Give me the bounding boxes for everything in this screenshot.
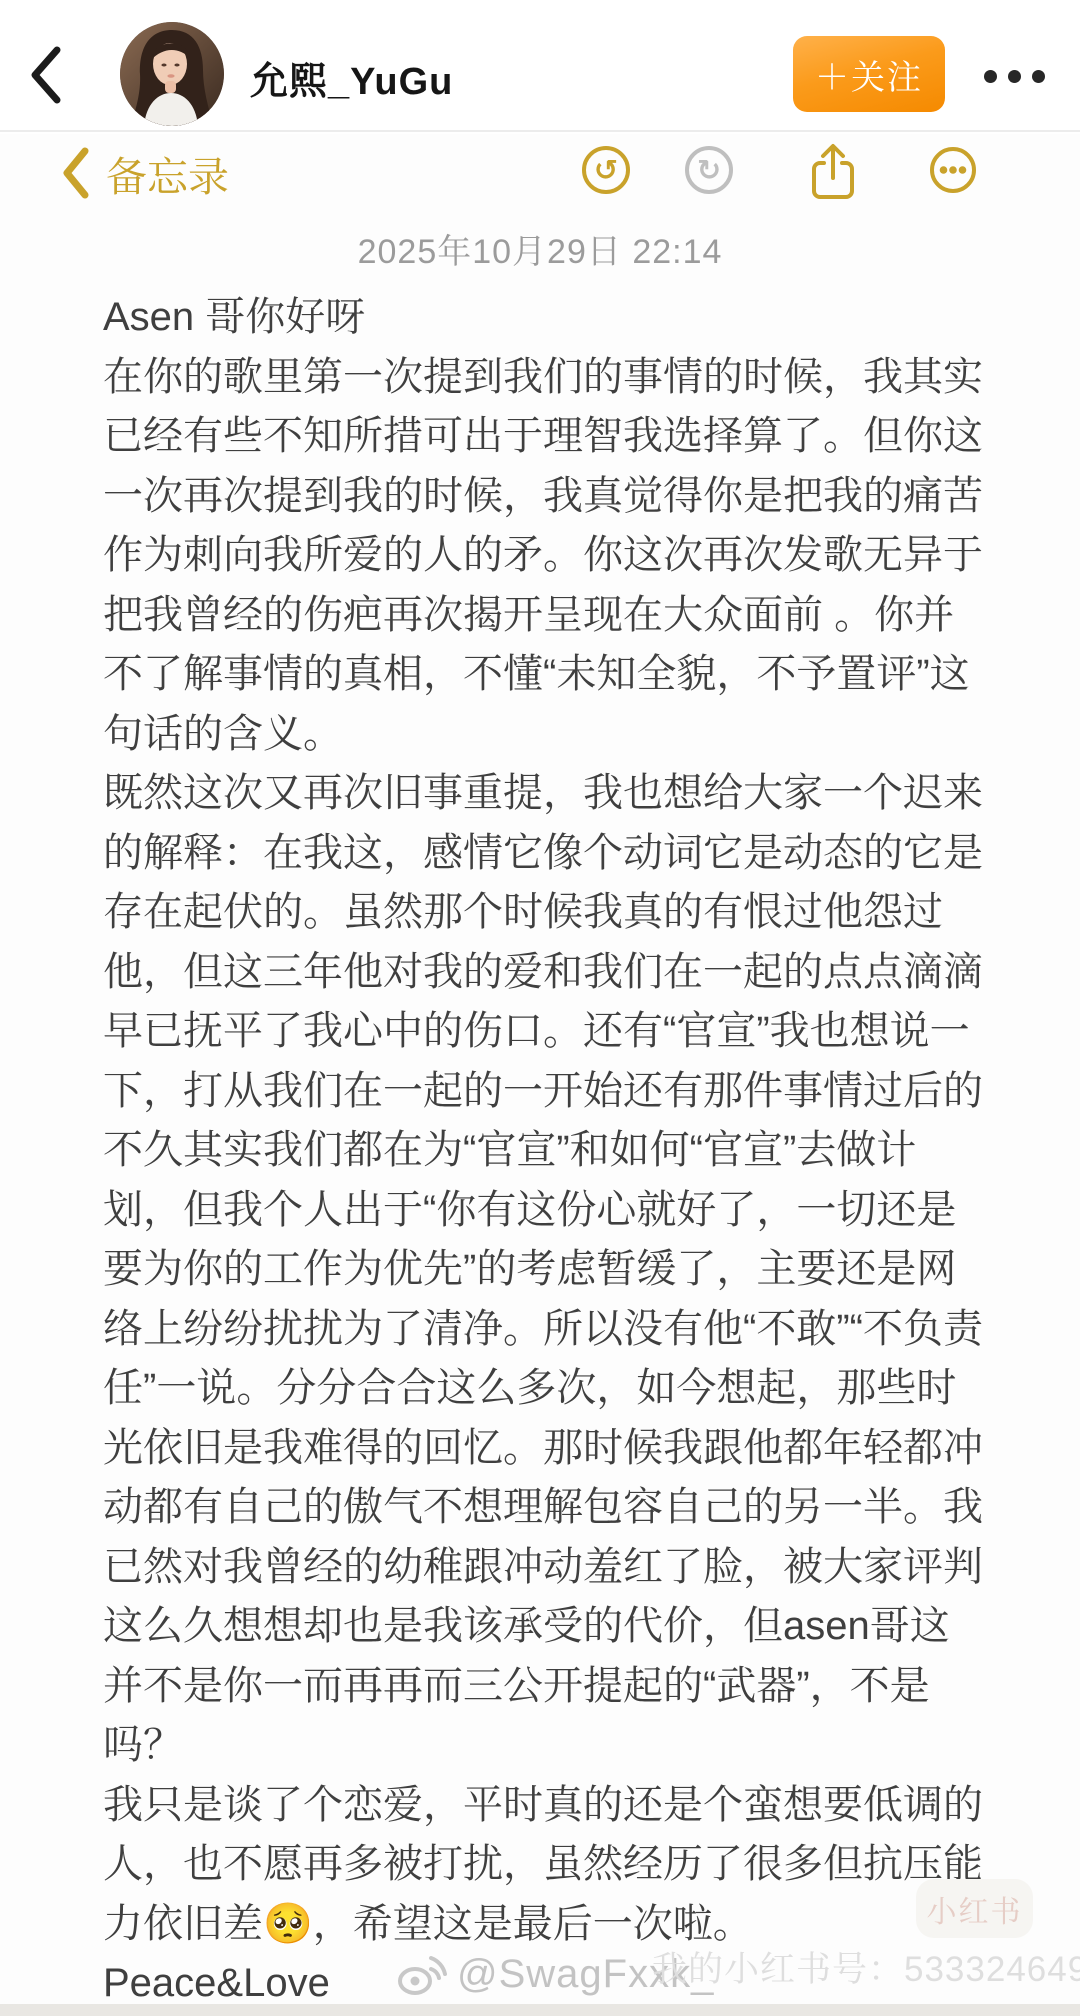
note-date: 2025年10月29日 22:14 [0,224,1080,273]
back-icon[interactable] [26,44,66,106]
note-screenshot-image[interactable]: 备忘录 ↺ ↻ 2025年10月29日 22:14 Asen 哥你好呀 在你的歌… [0,134,1080,2004]
undo-icon: ↺ [582,146,630,194]
memo-back-chevron-icon [60,146,90,200]
xiaohongshu-badge: 小红书 [916,1879,1033,1938]
note-paragraph: Asen 哥你好呀 [103,288,987,348]
note-paragraph: 在你的歌里第一次提到我们的事情的时候，我其实已经有些不知所措可出于理智我选择算了… [103,348,987,765]
bottom-divider [0,2004,1080,2016]
follow-button[interactable]: ＋关注 [793,36,945,112]
note-body: Asen 哥你好呀 在你的歌里第一次提到我们的事情的时候，我其实已经有些不知所措… [103,288,987,2014]
xiaohongshu-id-watermark: 我的小红书号：5333246497 [652,1942,1080,1992]
note-paragraph: 我只是谈了个恋爱，平时真的还是个蛮想要低调的人，也不愿再多被打扰，虽然经历了很多… [103,1776,987,1955]
memo-back-button: 备忘录 [60,142,229,204]
avatar[interactable] [120,22,224,126]
more-menu-icon[interactable] [984,70,1045,83]
share-icon [808,141,858,206]
note-paragraph: 既然这次又再次旧事重提，我也想给大家一个迟来的解释：在我这，感情它像个动词它是动… [103,764,987,1776]
note-more-icon [929,146,977,199]
memo-back-label: 备忘录 [106,144,229,203]
screenshot-root: { "weibo_nav": { "username": "允熙_YuGu", … [0,0,1080,2016]
username[interactable]: 允熙_YuGu [250,50,453,105]
weibo-logo-icon [395,1953,447,1997]
weibo-navbar: 允熙_YuGu ＋关注 [0,0,1080,132]
redo-icon: ↻ [685,146,733,194]
